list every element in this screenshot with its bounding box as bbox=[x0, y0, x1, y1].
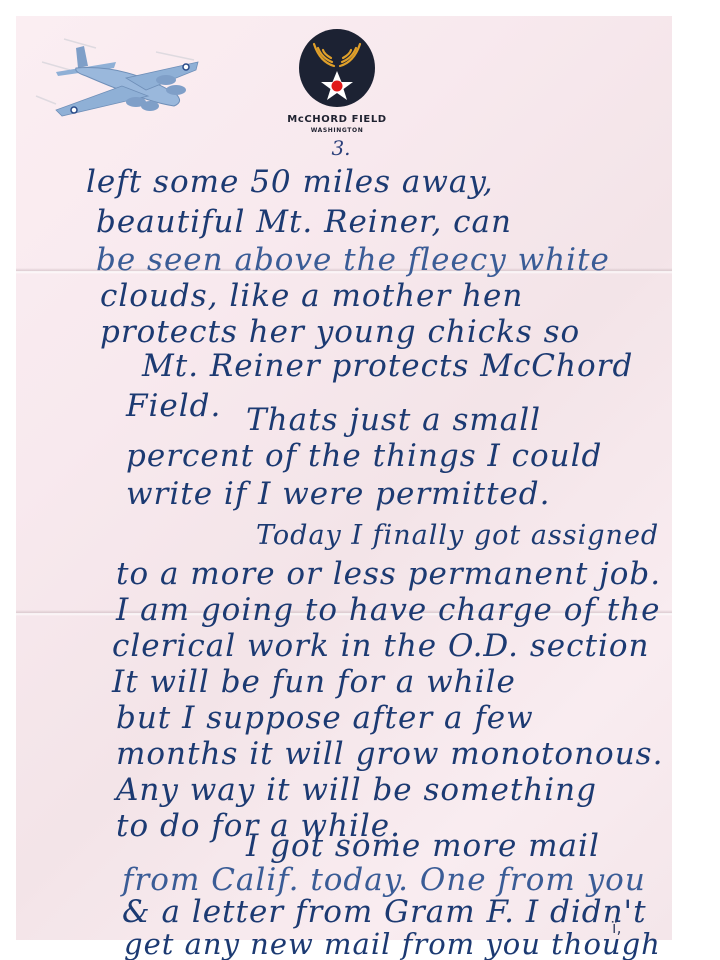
continuation-mark: ï, bbox=[612, 918, 622, 937]
letter-line: clerical work in the O.D. section bbox=[112, 628, 650, 664]
page-number: 3. bbox=[326, 136, 356, 160]
letter-line: beautiful Mt. Reiner, can bbox=[96, 204, 512, 240]
letter-line: I got some more mail bbox=[246, 828, 600, 864]
air-corps-emblem-icon bbox=[298, 28, 376, 108]
letter-line: percent of the things I could bbox=[126, 438, 602, 474]
letter-line: Field. bbox=[126, 388, 221, 424]
letterhead-location: WASHINGTON bbox=[266, 127, 408, 134]
letter-line: left some 50 miles away, bbox=[86, 164, 494, 200]
letter-line: write if I were permitted. bbox=[126, 476, 550, 512]
letter-line: but I suppose after a few bbox=[116, 700, 534, 736]
letter-line: from Calif. today. One from you bbox=[122, 862, 646, 898]
letter-line: Thats just a small bbox=[246, 402, 541, 438]
letterhead-title: McCHORD FIELD bbox=[266, 114, 408, 125]
letter-line: Any way it will be something bbox=[116, 772, 597, 808]
letter-line: to a more or less permanent job. bbox=[116, 556, 661, 592]
letter-line: get any new mail from you though bbox=[124, 926, 661, 960]
letter-line: be seen above the fleecy white bbox=[96, 242, 610, 278]
letter-line: I am going to have charge of the bbox=[116, 592, 660, 628]
letter-line: & a letter from Gram F. I didn't bbox=[122, 894, 647, 930]
airplane-icon bbox=[26, 34, 206, 124]
letter-line: It will be fun for a while bbox=[112, 664, 516, 700]
letter-paper: McCHORD FIELD WASHINGTON 3. left some 50… bbox=[16, 16, 672, 940]
letter-line: Mt. Reiner protects McChord bbox=[142, 348, 633, 384]
letter-line: Today I finally got assigned bbox=[256, 518, 659, 554]
letter-line: clouds, like a mother hen bbox=[100, 278, 523, 314]
letter-line: protects her young chicks so bbox=[100, 314, 580, 350]
letter-line: months it will grow monotonous. bbox=[116, 736, 663, 772]
